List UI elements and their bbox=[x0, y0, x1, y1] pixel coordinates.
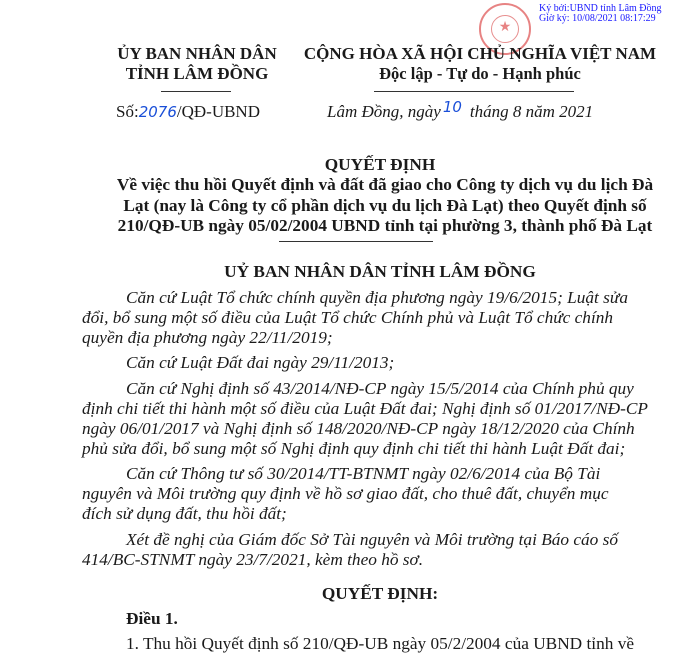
signed-at-label: Giờ ký: 10/08/2021 08:17:29 bbox=[539, 14, 662, 24]
preamble-line: nguyên và Môi trường quy định về hồ sơ g… bbox=[82, 484, 609, 504]
place-date-prefix: Lâm Đồng, ngày bbox=[327, 102, 441, 121]
subject-line: Về việc thu hồi Quyết định và đất đã gia… bbox=[95, 175, 675, 196]
seal-inner-ring: ★ bbox=[491, 15, 519, 43]
place-date: Lâm Đồng, ngày10tháng 8 năm 2021 bbox=[327, 102, 593, 122]
digital-signature-info: Ký bởi:UBND tỉnh Lâm Đồng Giờ ký: 10/08/… bbox=[539, 4, 662, 24]
place-date-suffix: tháng 8 năm 2021 bbox=[470, 102, 593, 121]
doc-number-handwritten: 2076 bbox=[139, 103, 177, 121]
preamble-line: 414/BC-STNMT ngày 23/7/2021, kèm theo hồ… bbox=[82, 550, 423, 570]
preamble-line: Căn cứ Nghị định số 43/2014/NĐ-CP ngày 1… bbox=[126, 379, 634, 399]
decision-heading: QUYẾT ĐỊNH: bbox=[100, 584, 660, 604]
agency-line-2: TỈNH LÂM ĐỒNG bbox=[92, 64, 302, 84]
document-subject: Về việc thu hồi Quyết định và đất đã gia… bbox=[95, 175, 675, 237]
preamble-line: quyền địa phương ngày 22/11/2019; bbox=[82, 328, 333, 348]
article-1-clause-1: 1. Thu hồi Quyết định số 210/QĐ-UB ngày … bbox=[126, 634, 634, 654]
preamble-line: định chi tiết thi hành một số điều của L… bbox=[82, 399, 648, 419]
preamble-line: Căn cứ Luật Đất đai ngày 29/11/2013; bbox=[126, 353, 394, 373]
document-title: QUYẾT ĐỊNH bbox=[100, 155, 660, 175]
star-icon: ★ bbox=[492, 19, 518, 35]
title-underline bbox=[279, 241, 433, 242]
motto-underline bbox=[374, 91, 574, 92]
nation-motto: Độc lập - Tự do - Hạnh phúc bbox=[278, 64, 682, 84]
nation-line-1: CỘNG HÒA XÃ HỘI CHỦ NGHĨA VIỆT NAM bbox=[278, 44, 682, 64]
doc-number-suffix: /QĐ-UBND bbox=[177, 102, 260, 121]
preamble-line: Xét đề nghị của Giám đốc Sở Tài nguyên v… bbox=[126, 530, 618, 550]
doc-number-prefix: Số: bbox=[116, 102, 139, 121]
day-handwritten: 10 bbox=[443, 98, 462, 116]
issuing-authority: UỶ BAN NHÂN DÂN TỈNH LÂM ĐỒNG bbox=[100, 262, 660, 282]
preamble-line: Căn cứ Luật Tổ chức chính quyền địa phươ… bbox=[126, 288, 628, 308]
preamble-line: ngày 06/01/2017 và Nghị định số 148/2020… bbox=[82, 419, 635, 439]
national-header: CỘNG HÒA XÃ HỘI CHỦ NGHĨA VIỆT NAM Độc l… bbox=[278, 44, 682, 84]
article-1-title: Điều 1. bbox=[126, 609, 178, 629]
subject-line: Lạt (nay là Công ty cổ phần dịch vụ du l… bbox=[95, 196, 675, 217]
preamble-line: Căn cứ Thông tư số 30/2014/TT-BTNMT ngày… bbox=[126, 464, 600, 484]
preamble-line: đích sử dụng đất, thu hồi đất; bbox=[82, 504, 287, 524]
agency-header: ỦY BAN NHÂN DÂN TỈNH LÂM ĐỒNG bbox=[92, 44, 302, 84]
subject-line: 210/QĐ-UB ngày 05/02/2004 UBND tỉnh tại … bbox=[95, 216, 675, 237]
agency-line-1: ỦY BAN NHÂN DÂN bbox=[92, 44, 302, 64]
preamble-line: phủ sửa đổi, bổ sung một số Nghị định qu… bbox=[82, 439, 625, 459]
document-number: Số:2076/QĐ-UBND bbox=[116, 102, 260, 122]
agency-underline bbox=[161, 91, 231, 92]
preamble-line: đổi, bổ sung một số điều của Luật Tổ chứ… bbox=[82, 308, 613, 328]
